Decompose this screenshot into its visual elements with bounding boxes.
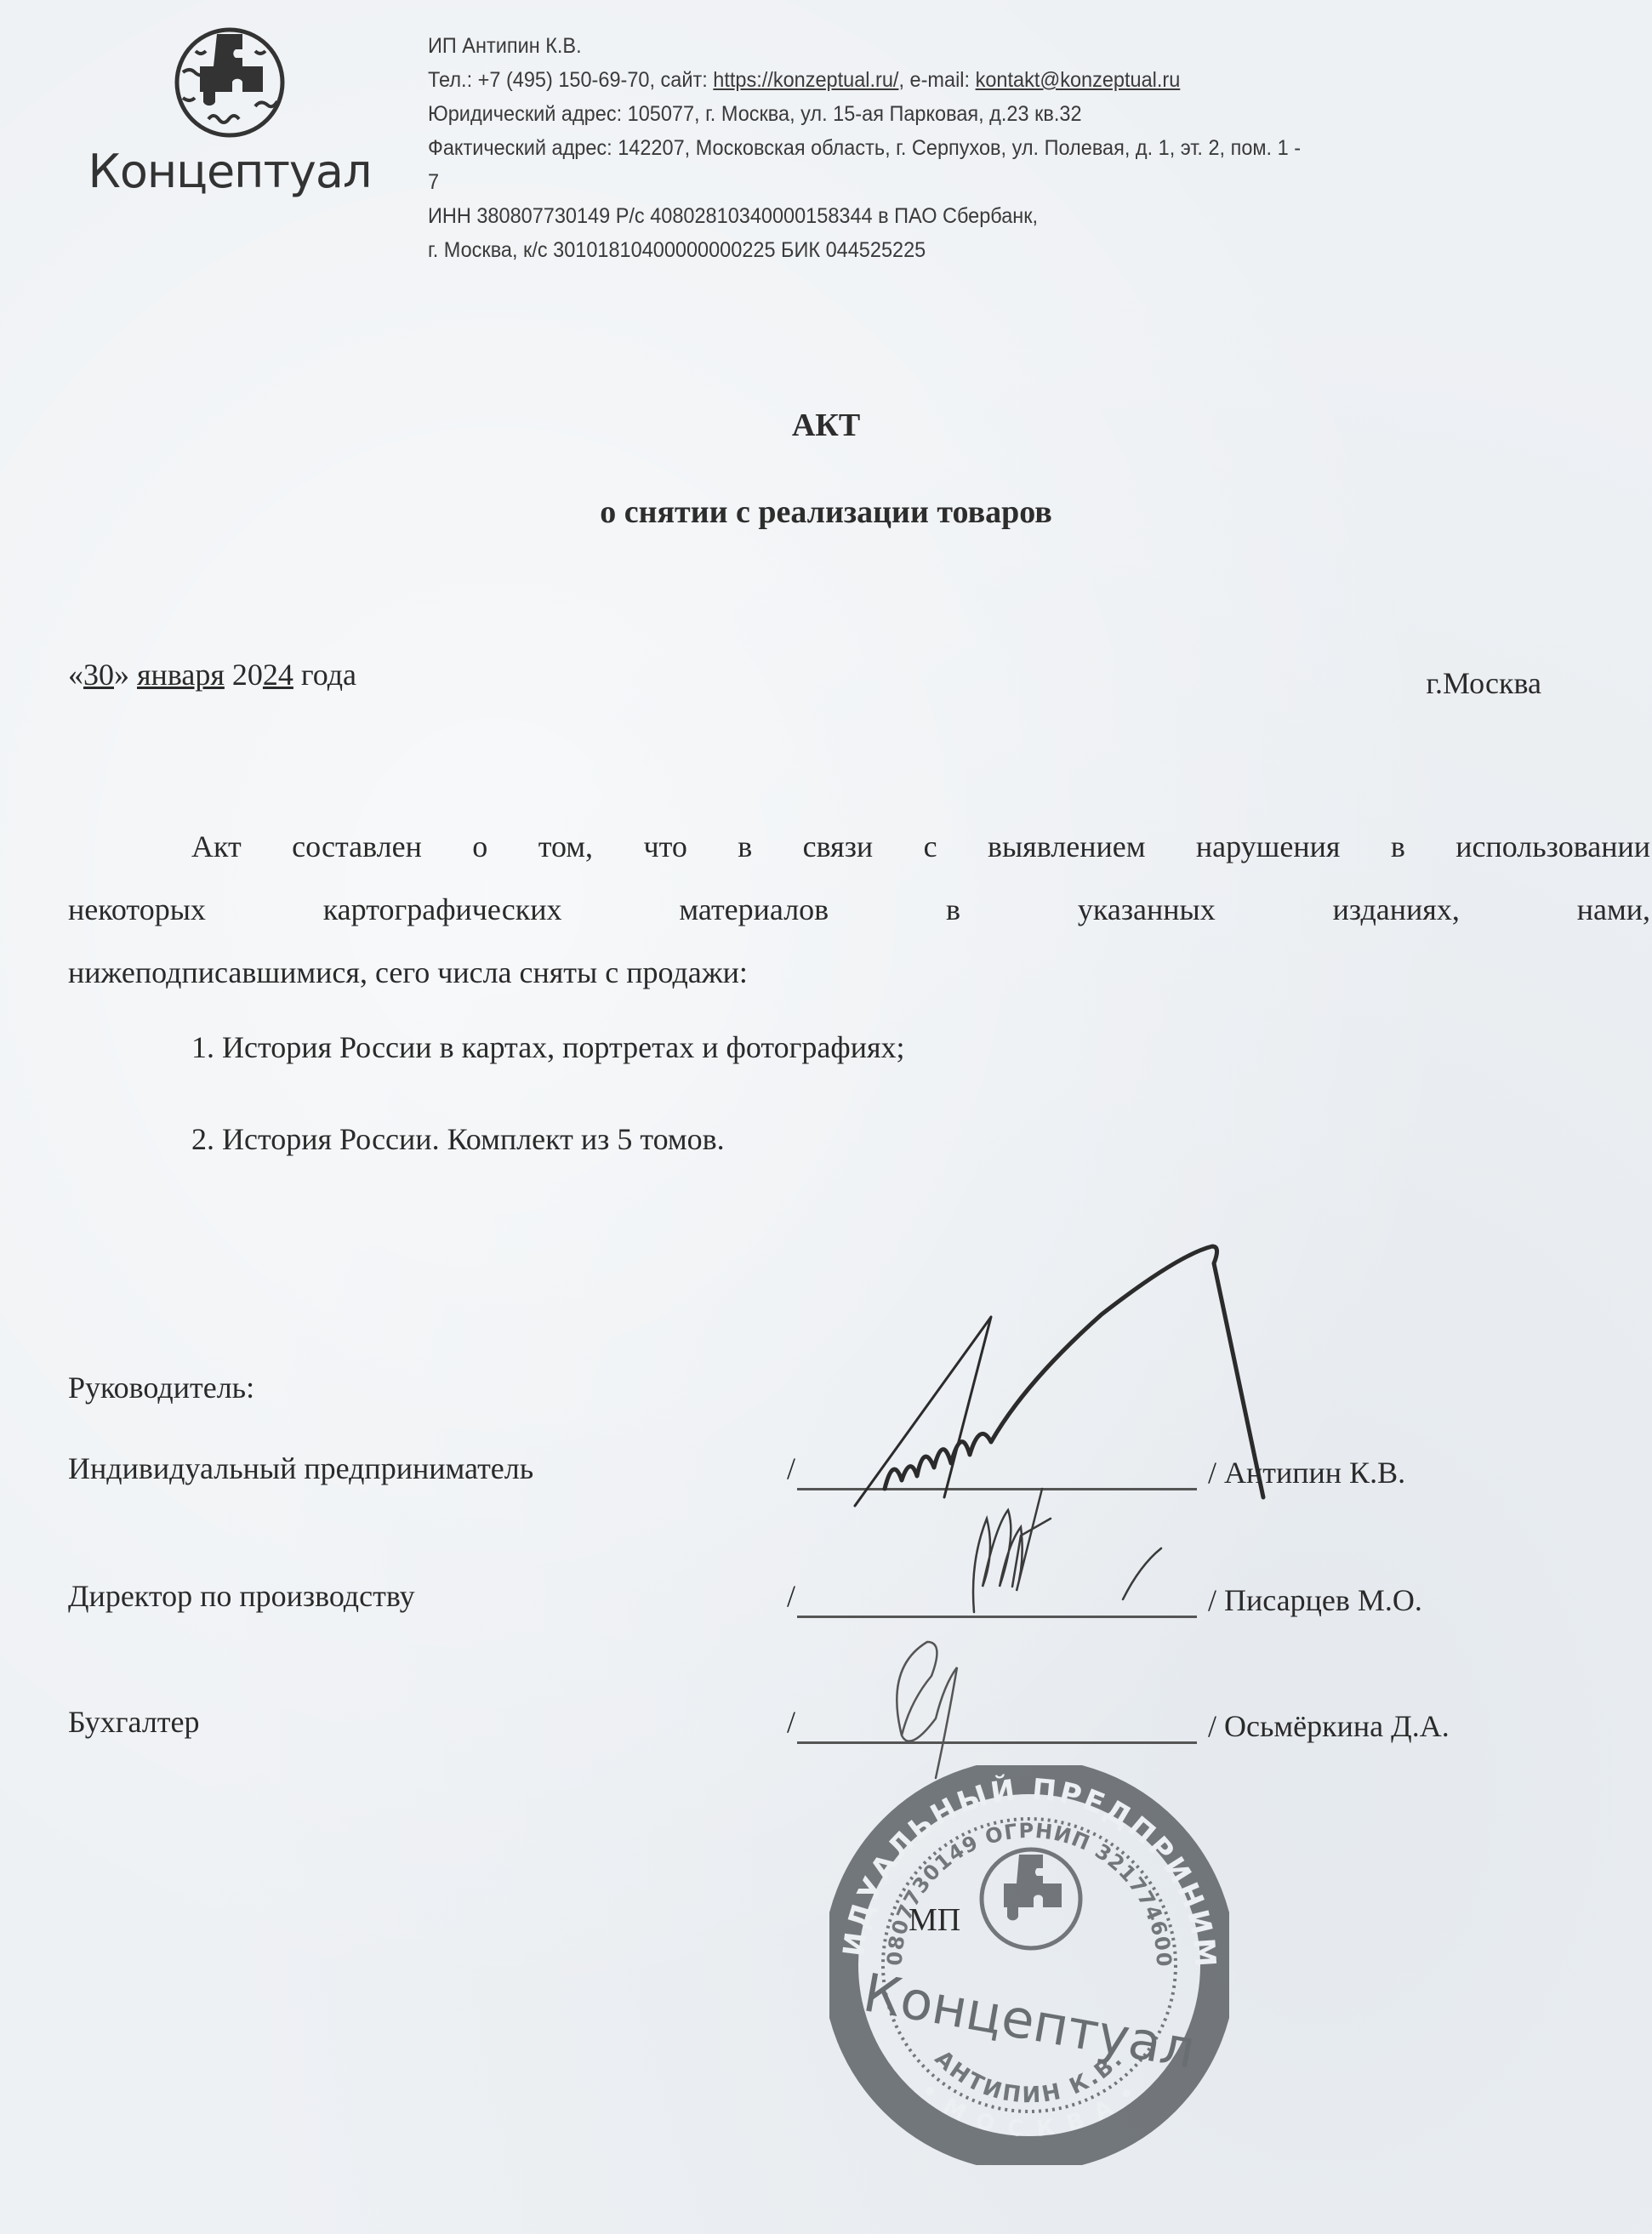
bank-details-line2: г. Москва, к/с 30101810400000000225 БИК …: [428, 233, 1301, 267]
date-day: 30: [83, 658, 114, 692]
signer-role: Индивидуальный предприниматель: [68, 1450, 533, 1486]
website-link[interactable]: https://konzeptual.ru/: [713, 68, 898, 92]
document-title: АКТ: [0, 407, 1652, 444]
signer-role: Бухгалтер: [68, 1704, 200, 1740]
signer-role: Директор по производству: [68, 1578, 415, 1614]
signature-underline: [797, 1616, 1197, 1618]
slash: /: [787, 1450, 795, 1486]
email-label: , e-mail:: [898, 68, 975, 92]
quote-open: «: [68, 658, 83, 692]
puzzle-globe-icon: [982, 1849, 1080, 1948]
logo-wordmark: Концептуал: [85, 145, 374, 198]
document-date: «30» января 2024 года: [68, 657, 356, 692]
date-year-prefix: 20: [225, 658, 263, 692]
body-line: нижеподписавшимися, сего числа сняты с п…: [68, 941, 1650, 1004]
document-city: г.Москва: [1426, 665, 1541, 701]
list-item: 2. История России. Комплект из 5 томов.: [191, 1121, 725, 1157]
signature-antipin: [855, 1246, 1263, 1506]
body-line: Акт составлен о том, что в связи с выявл…: [68, 815, 1650, 878]
contact-line: Тел.: +7 (495) 150-69-70, сайт: https://…: [428, 63, 1301, 97]
owner-name: ИП Антипин К.В.: [428, 29, 1301, 63]
signer-name: / Осьмёркина Д.А.: [1208, 1708, 1450, 1744]
body-line: некоторых картографических материалов в …: [68, 878, 1650, 941]
actual-address-line1: Фактический адрес: 142207, Московская об…: [428, 131, 1301, 165]
signature-osmerkina: [897, 1642, 957, 1778]
email-link[interactable]: kontakt@konzeptual.ru: [976, 68, 1181, 92]
signer-name: / Писарцев М.О.: [1208, 1582, 1422, 1618]
actual-address-line2: 7: [428, 165, 1301, 199]
puzzle-globe-icon: [170, 26, 289, 140]
bank-details-line1: ИНН 380807730149 Р/с 4080281034000015834…: [428, 199, 1301, 233]
date-month: января: [137, 658, 225, 692]
signatures-heading: Руководитель:: [68, 1370, 254, 1405]
company-seal: ИНДИВИДУАЛЬНЫЙ ПРЕДПРИНИМАТЕЛЬ ИНН 38080…: [829, 1765, 1229, 2165]
company-logo: Концептуал: [85, 26, 374, 204]
letterhead-details: ИП Антипин К.В. Тел.: +7 (495) 150-69-70…: [428, 29, 1301, 267]
quote-close: »: [114, 658, 137, 692]
document-subtitle: о снятии с реализации товаров: [0, 493, 1652, 531]
phone-label: Тел.: +7 (495) 150-69-70, сайт:: [428, 68, 713, 92]
body-paragraph: Акт составлен о том, что в связи с выявл…: [68, 815, 1652, 1004]
signer-name: / Антипин К.В.: [1208, 1455, 1405, 1490]
signature-pisartsev: [973, 1489, 1161, 1612]
date-year-suffix: 24: [263, 658, 293, 692]
handwritten-signatures: [0, 0, 1652, 2234]
slash: /: [787, 1578, 795, 1614]
signature-underline: [797, 1488, 1197, 1490]
stamp-center-wordmark: Концептуал: [859, 1961, 1199, 2080]
scanned-document-page: Концептуал ИП Антипин К.В. Тел.: +7 (495…: [0, 0, 1652, 2234]
slash: /: [787, 1704, 795, 1740]
list-item: 1. История России в картах, портретах и …: [191, 1029, 905, 1065]
date-year-word: года: [293, 658, 356, 692]
legal-address: Юридический адрес: 105077, г. Москва, ул…: [428, 97, 1301, 131]
signature-underline: [797, 1741, 1197, 1744]
seal-place-label: МП: [909, 1901, 960, 1939]
